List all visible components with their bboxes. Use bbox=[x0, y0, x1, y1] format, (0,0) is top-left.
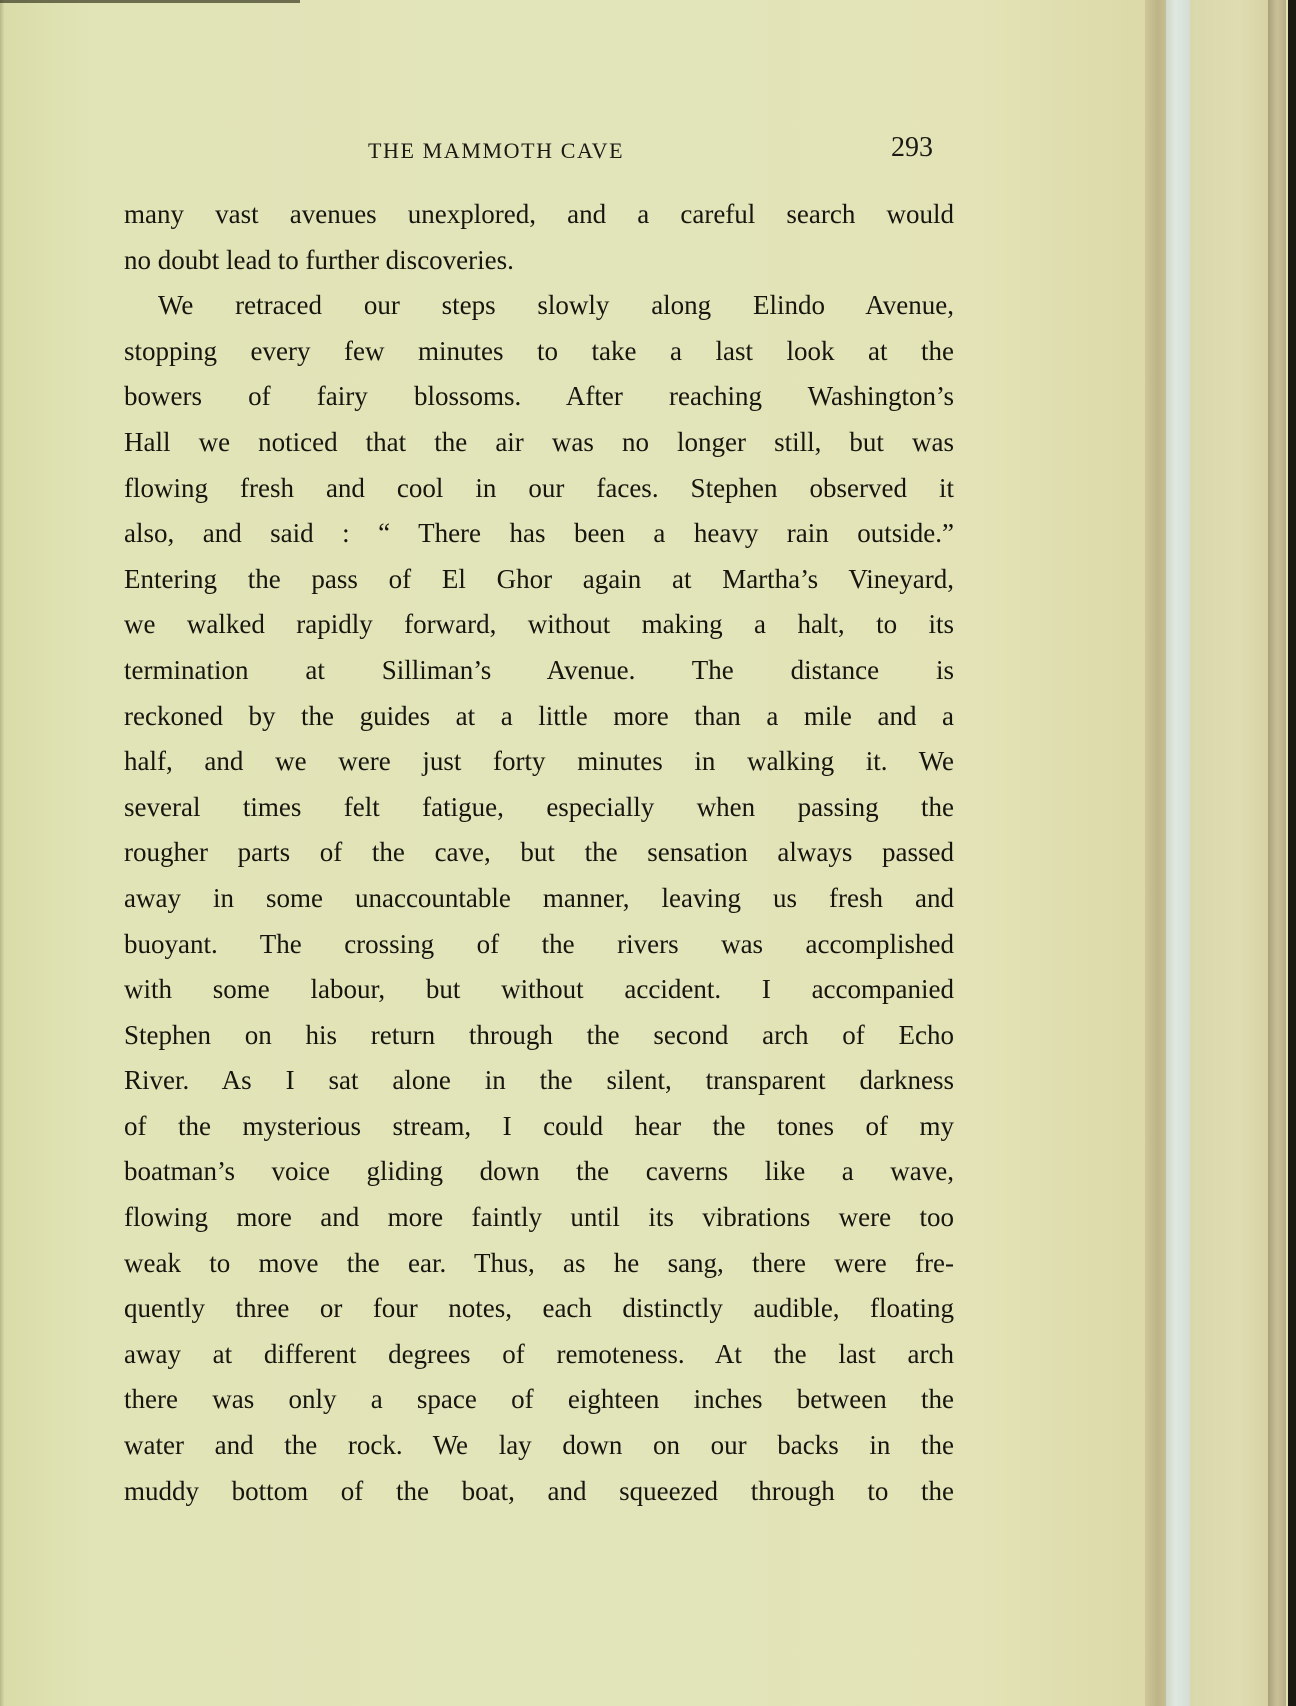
text-line: flowing fresh and cool in our faces. Ste… bbox=[124, 466, 954, 512]
top-shadow bbox=[0, 0, 300, 3]
running-head-title: THE MAMMOTH CAVE bbox=[368, 138, 624, 164]
text-line: bowers of fairy blossoms. After reaching… bbox=[124, 374, 954, 420]
text-line: stopping every few minutes to take a las… bbox=[124, 329, 954, 375]
text-line: quently three or four notes, each distin… bbox=[124, 1286, 954, 1332]
body-text: many vast avenues unexplored, and a care… bbox=[124, 192, 954, 1514]
text-line: we walked rapidly forward, without makin… bbox=[124, 602, 954, 648]
text-line: half, and we were just forty minutes in … bbox=[124, 739, 954, 785]
text-line: Entering the pass of El Ghor again at Ma… bbox=[124, 557, 954, 603]
text-line: boatman’s voice gliding down the caverns… bbox=[124, 1149, 954, 1195]
text-line: no doubt lead to further discoveries. bbox=[124, 238, 954, 284]
text-line: River. As I sat alone in the silent, tra… bbox=[124, 1058, 954, 1104]
paragraph-start-line: We retraced our steps slowly along Elind… bbox=[124, 283, 954, 329]
text-line: with some labour, but without accident. … bbox=[124, 967, 954, 1013]
page-number: 293 bbox=[891, 132, 933, 164]
fore-edge-dark-strip bbox=[1268, 0, 1286, 1706]
book-page: THE MAMMOTH CAVE 293 many vast avenues u… bbox=[0, 0, 1150, 1706]
fore-edge-page-stack bbox=[1190, 0, 1272, 1706]
text-line: several times felt fatigue, especially w… bbox=[124, 785, 954, 831]
text-line: buoyant. The crossing of the rivers was … bbox=[124, 922, 954, 968]
text-line: Hall we noticed that the air was no long… bbox=[124, 420, 954, 466]
text-line: termination at Silliman’s Avenue. The di… bbox=[124, 648, 954, 694]
page-left-edge bbox=[0, 0, 4, 1706]
text-line: also, and said : “ There has been a heav… bbox=[124, 511, 954, 557]
text-line: away at different degrees of remoteness.… bbox=[124, 1332, 954, 1378]
scan-edge-border bbox=[1288, 0, 1296, 1706]
text-line: many vast avenues unexplored, and a care… bbox=[124, 192, 954, 238]
text-line: away in some unaccountable manner, leavi… bbox=[124, 876, 954, 922]
text-line: of the mysterious stream, I could hear t… bbox=[124, 1104, 954, 1150]
text-line: there was only a space of eighteen inche… bbox=[124, 1377, 954, 1423]
text-line: weak to move the ear. Thus, as he sang, … bbox=[124, 1241, 954, 1287]
text-line: water and the rock. We lay down on our b… bbox=[124, 1423, 954, 1469]
text-line: flowing more and more faintly until its … bbox=[124, 1195, 954, 1241]
text-line: rougher parts of the cave, but the sensa… bbox=[124, 830, 954, 876]
text-line: reckoned by the guides at a little more … bbox=[124, 694, 954, 740]
text-line: muddy bottom of the boat, and squeezed t… bbox=[124, 1469, 954, 1515]
fore-edge-pale-strip bbox=[1166, 0, 1190, 1706]
text-line: Stephen on his return through the second… bbox=[124, 1013, 954, 1059]
